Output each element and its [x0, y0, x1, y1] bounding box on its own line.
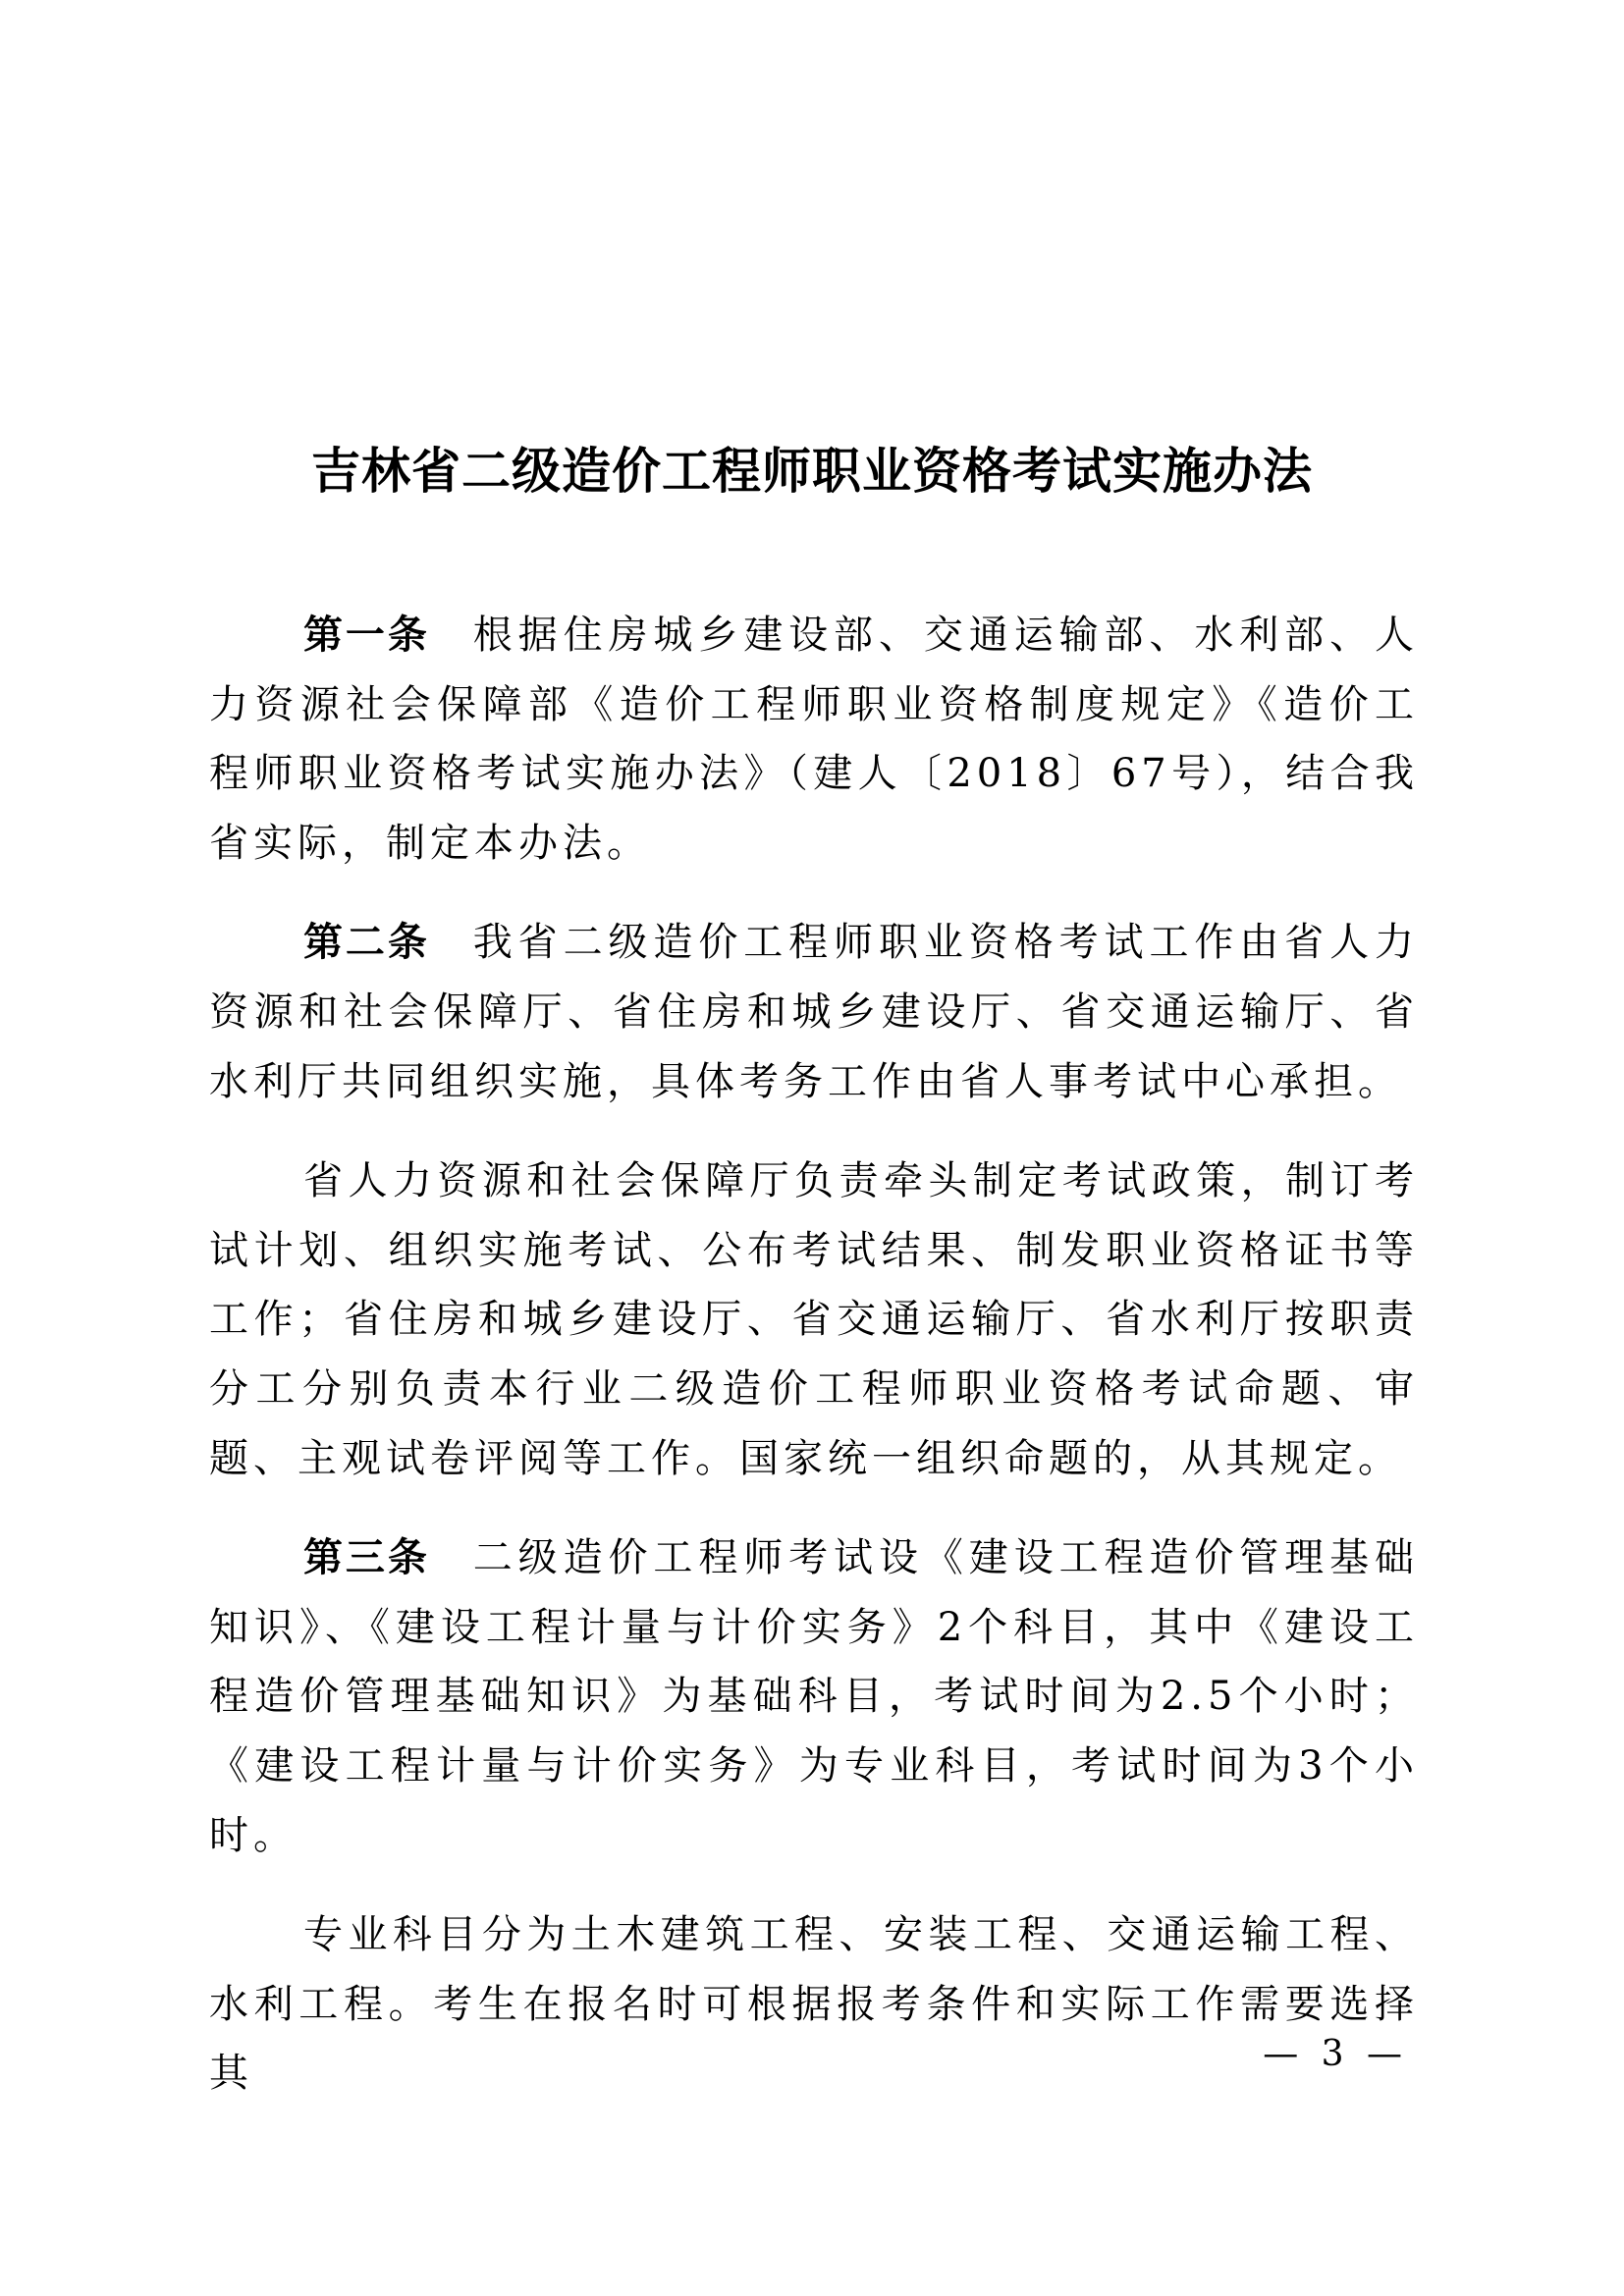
document-body: 第一条根据住房城乡建设部、交通运输部、水利部、人力资源社会保障部《造价工程师职业…: [209, 601, 1419, 2109]
article-3-sub-paragraph: 专业科目分为土木建筑工程、安装工程、交通运输工程、水利工程。考生在报名时可根据报…: [209, 1900, 1419, 2109]
paragraph-text: 省人力资源和社会保障厅负责牵头制定考试政策，制订考试计划、组织实施考试、公布考试…: [209, 1158, 1419, 1480]
document-title: 吉林省二级造价工程师职业资格考试实施办法: [0, 440, 1624, 503]
article-2-paragraph: 第二条我省二级造价工程师职业资格考试工作由省人力资源和社会保障厅、省住房和城乡建…: [209, 908, 1419, 1116]
article-1-paragraph: 第一条根据住房城乡建设部、交通运输部、水利部、人力资源社会保障部《造价工程师职业…: [209, 601, 1419, 878]
paragraph-text: 二级造价工程师考试设《建设工程造价管理基础知识》、《建设工程计量与计价实务》2个…: [209, 1535, 1419, 1857]
document-page: 吉林省二级造价工程师职业资格考试实施办法 第一条根据住房城乡建设部、交通运输部、…: [0, 0, 1624, 2296]
article-label: 第一条: [303, 613, 430, 658]
article-2-sub-paragraph: 省人力资源和社会保障厅负责牵头制定考试政策，制订考试计划、组织实施考试、公布考试…: [209, 1147, 1419, 1493]
paragraph-text: 专业科目分为土木建筑工程、安装工程、交通运输工程、水利工程。考生在报名时可根据报…: [209, 1912, 1419, 2096]
article-label: 第二条: [303, 920, 430, 965]
article-3-paragraph: 第三条二级造价工程师考试设《建设工程造价管理基础知识》、《建设工程计量与计价实务…: [209, 1523, 1419, 1870]
article-label: 第三条: [303, 1535, 430, 1580]
page-number: — 3 —: [1263, 2034, 1408, 2074]
